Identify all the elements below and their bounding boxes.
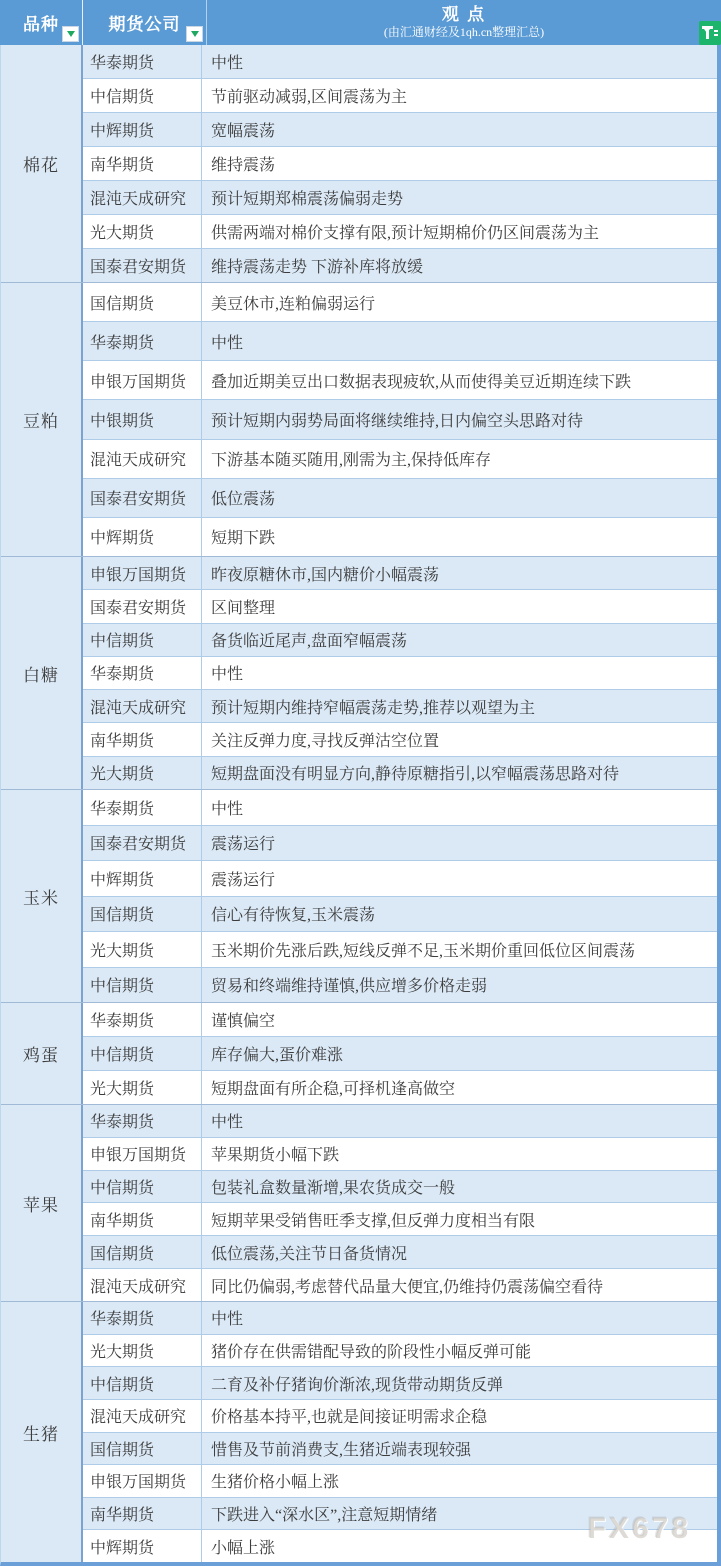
table-row: 混沌天成研究 同比仍偏弱,考虑替代品量大便宜,仍维持仍震荡偏空看待 bbox=[83, 1269, 717, 1301]
section-rows: 国信期货 美豆休市,连粕偏弱运行 华泰期货 中性 申银万国期货 叠加近期美豆出口… bbox=[83, 283, 717, 556]
table-row: 中辉期货 宽幅震荡 bbox=[83, 113, 717, 147]
view-cell: 叠加近期美豆出口数据表现疲软,从而使得美豆近期连续下跌 bbox=[202, 361, 717, 399]
company-cell: 华泰期货 bbox=[83, 45, 202, 78]
table-row: 国泰君安期货 震荡运行 bbox=[83, 826, 717, 862]
section-rows: 申银万国期货 昨夜原糖休市,国内糖价小幅震荡 国泰君安期货 区间整理 中信期货 … bbox=[83, 557, 717, 789]
table-row: 华泰期货 中性 bbox=[83, 1302, 717, 1335]
view-cell: 预计短期内弱势局面将继续维持,日内偏空头思路对待 bbox=[202, 400, 717, 438]
table-row: 光大期货 玉米期价先涨后跌,短线反弹不足,玉米期价重回低位区间震荡 bbox=[83, 932, 717, 968]
table-row: 南华期货 短期苹果受销售旺季支撑,但反弹力度相当有限 bbox=[83, 1203, 717, 1236]
company-cell: 国信期货 bbox=[83, 897, 202, 932]
company-cell: 华泰期货 bbox=[83, 1003, 202, 1036]
table-row: 华泰期货 中性 bbox=[83, 657, 717, 690]
table-row: 申银万国期货 昨夜原糖休市,国内糖价小幅震荡 bbox=[83, 557, 717, 590]
table-row: 国信期货 惜售及节前消费支,生猪近端表现较强 bbox=[83, 1433, 717, 1466]
table-header: 品种 期货公司 观 点 (由汇通财经及1qh.cn整理汇总) bbox=[0, 0, 721, 45]
view-cell: 短期盘面没有明显方向,静待原糖指引,以窄幅震荡思路对待 bbox=[202, 757, 717, 789]
table-row: 中信期货 库存偏大,蛋价难涨 bbox=[83, 1037, 717, 1071]
variety-label: 豆粕 bbox=[23, 407, 59, 432]
view-cell: 二育及补仔猪询价渐浓,现货带动期货反弹 bbox=[202, 1367, 717, 1399]
view-cell: 苹果期货小幅下跌 bbox=[202, 1138, 717, 1170]
table-row: 混沌天成研究 预计短期内维持窄幅震荡走势,推荐以观望为主 bbox=[83, 690, 717, 723]
table-row: 光大期货 猪价存在供需错配导致的阶段性小幅反弹可能 bbox=[83, 1335, 717, 1368]
company-cell: 中信期货 bbox=[83, 1171, 202, 1203]
company-cell: 国泰君安期货 bbox=[83, 249, 202, 282]
view-cell: 中性 bbox=[202, 45, 717, 78]
table-row: 光大期货 短期盘面有所企稳,可择机逢高做空 bbox=[83, 1071, 717, 1104]
company-cell: 华泰期货 bbox=[83, 1302, 202, 1334]
view-cell: 中性 bbox=[202, 1105, 717, 1137]
variety-cell: 鸡蛋 bbox=[1, 1003, 83, 1104]
company-cell: 中信期货 bbox=[83, 1037, 202, 1070]
view-cell: 中性 bbox=[202, 322, 717, 360]
company-cell: 国信期货 bbox=[83, 1236, 202, 1268]
view-cell: 库存偏大,蛋价难涨 bbox=[202, 1037, 717, 1070]
view-cell: 区间整理 bbox=[202, 590, 717, 622]
table-row: 申银万国期货 苹果期货小幅下跌 bbox=[83, 1138, 717, 1171]
variety-filter-dropdown[interactable] bbox=[62, 26, 79, 42]
commodity-section: 玉米 华泰期货 中性 国泰君安期货 震荡运行 中辉期货 震荡运行 国信期货 信心… bbox=[1, 790, 717, 1003]
company-cell: 混沌天成研究 bbox=[83, 181, 202, 214]
table-body: 棉花 华泰期货 中性 中信期货 节前驱动减弱,区间震荡为主 中辉期货 宽幅震荡 … bbox=[0, 45, 721, 1566]
company-cell: 申银万国期货 bbox=[83, 1138, 202, 1170]
view-cell: 生猪价格小幅上涨 bbox=[202, 1465, 717, 1497]
table-row: 混沌天成研究 价格基本持平,也就是间接证明需求企稳 bbox=[83, 1400, 717, 1433]
company-cell: 混沌天成研究 bbox=[83, 1400, 202, 1432]
table-row: 南华期货 维持震荡 bbox=[83, 147, 717, 181]
company-cell: 国泰君安期货 bbox=[83, 590, 202, 622]
view-cell: 维持震荡走势 下游补库将放缓 bbox=[202, 249, 717, 282]
company-cell: 申银万国期货 bbox=[83, 361, 202, 399]
table-row: 南华期货 下跌进入“深水区”,注意短期情绪 bbox=[83, 1498, 717, 1531]
company-cell: 申银万国期货 bbox=[83, 557, 202, 589]
chevron-down-icon bbox=[67, 31, 75, 37]
company-cell: 中信期货 bbox=[83, 79, 202, 112]
futures-views-table: 品种 期货公司 观 点 (由汇通财经及1qh.cn整理汇总) 棉花 bbox=[0, 0, 721, 1566]
section-rows: 华泰期货 中性 国泰君安期货 震荡运行 中辉期货 震荡运行 国信期货 信心有待恢… bbox=[83, 790, 717, 1002]
view-cell: 同比仍偏弱,考虑替代品量大便宜,仍维持仍震荡偏空看待 bbox=[202, 1269, 717, 1301]
table-row: 华泰期货 谨慎偏空 bbox=[83, 1003, 717, 1037]
table-row: 中信期货 备货临近尾声,盘面窄幅震荡 bbox=[83, 624, 717, 657]
company-cell: 华泰期货 bbox=[83, 1105, 202, 1137]
variety-label: 白糖 bbox=[23, 661, 59, 686]
table-row: 国信期货 信心有待恢复,玉米震荡 bbox=[83, 897, 717, 933]
company-cell: 光大期货 bbox=[83, 757, 202, 789]
view-cell: 宽幅震荡 bbox=[202, 113, 717, 146]
variety-cell: 白糖 bbox=[1, 557, 83, 789]
company-cell: 光大期货 bbox=[83, 1071, 202, 1104]
company-header-cell: 期货公司 bbox=[83, 0, 207, 45]
view-cell: 备货临近尾声,盘面窄幅震荡 bbox=[202, 624, 717, 656]
view-cell: 短期盘面有所企稳,可择机逢高做空 bbox=[202, 1071, 717, 1104]
company-cell: 光大期货 bbox=[83, 932, 202, 967]
filter-button[interactable] bbox=[699, 21, 721, 45]
variety-header-label: 品种 bbox=[23, 10, 59, 35]
table-row: 混沌天成研究 下游基本随买随用,刚需为主,保持低库存 bbox=[83, 440, 717, 479]
view-cell: 中性 bbox=[202, 1302, 717, 1334]
section-rows: 华泰期货 谨慎偏空 中信期货 库存偏大,蛋价难涨 光大期货 短期盘面有所企稳,可… bbox=[83, 1003, 717, 1104]
table-row: 国信期货 美豆休市,连粕偏弱运行 bbox=[83, 283, 717, 322]
table-row: 国信期货 低位震荡,关注节日备货情况 bbox=[83, 1236, 717, 1269]
company-cell: 中信期货 bbox=[83, 968, 202, 1003]
table-row: 中信期货 节前驱动减弱,区间震荡为主 bbox=[83, 79, 717, 113]
company-cell: 中银期货 bbox=[83, 400, 202, 438]
table-row: 国泰君安期货 维持震荡走势 下游补库将放缓 bbox=[83, 249, 717, 282]
view-cell: 维持震荡 bbox=[202, 147, 717, 180]
variety-cell: 生猪 bbox=[1, 1302, 83, 1562]
variety-label: 苹果 bbox=[23, 1191, 59, 1216]
view-cell: 贸易和终端维持谨慎,供应增多价格走弱 bbox=[202, 968, 717, 1003]
chevron-down-icon bbox=[191, 31, 199, 37]
variety-header-cell: 品种 bbox=[0, 0, 83, 45]
view-cell: 下跌进入“深水区”,注意短期情绪 bbox=[202, 1498, 717, 1530]
company-cell: 华泰期货 bbox=[83, 790, 202, 825]
view-cell: 低位震荡 bbox=[202, 479, 717, 517]
company-cell: 南华期货 bbox=[83, 1203, 202, 1235]
company-cell: 国泰君安期货 bbox=[83, 479, 202, 517]
table-row: 中银期货 预计短期内弱势局面将继续维持,日内偏空头思路对待 bbox=[83, 400, 717, 439]
view-cell: 猪价存在供需错配导致的阶段性小幅反弹可能 bbox=[202, 1335, 717, 1367]
table-row: 混沌天成研究 预计短期郑棉震荡偏弱走势 bbox=[83, 181, 717, 215]
view-cell: 玉米期价先涨后跌,短线反弹不足,玉米期价重回低位区间震荡 bbox=[202, 932, 717, 967]
view-cell: 供需两端对棉价支撑有限,预计短期棉价仍区间震荡为主 bbox=[202, 215, 717, 248]
view-cell: 预计短期内维持窄幅震荡走势,推荐以观望为主 bbox=[202, 690, 717, 722]
views-header-subtitle: (由汇通财经及1qh.cn整理汇总) bbox=[384, 26, 544, 40]
view-cell: 震荡运行 bbox=[202, 861, 717, 896]
variety-label: 生猪 bbox=[23, 1420, 59, 1445]
company-cell: 华泰期货 bbox=[83, 657, 202, 689]
company-cell: 中辉期货 bbox=[83, 518, 202, 556]
company-cell: 国信期货 bbox=[83, 1433, 202, 1465]
section-rows: 华泰期货 中性 光大期货 猪价存在供需错配导致的阶段性小幅反弹可能 中信期货 二… bbox=[83, 1302, 717, 1562]
commodity-section: 苹果 华泰期货 中性 申银万国期货 苹果期货小幅下跌 中信期货 包装礼盒数量渐增… bbox=[1, 1105, 717, 1302]
view-cell: 谨慎偏空 bbox=[202, 1003, 717, 1036]
view-cell: 信心有待恢复,玉米震荡 bbox=[202, 897, 717, 932]
commodity-section: 鸡蛋 华泰期货 谨慎偏空 中信期货 库存偏大,蛋价难涨 光大期货 短期盘面有所企… bbox=[1, 1003, 717, 1105]
commodity-section: 白糖 申银万国期货 昨夜原糖休市,国内糖价小幅震荡 国泰君安期货 区间整理 中信… bbox=[1, 557, 717, 790]
table-row: 申银万国期货 生猪价格小幅上涨 bbox=[83, 1465, 717, 1498]
company-filter-dropdown[interactable] bbox=[186, 26, 203, 42]
table-row: 国泰君安期货 区间整理 bbox=[83, 590, 717, 623]
view-cell: 昨夜原糖休市,国内糖价小幅震荡 bbox=[202, 557, 717, 589]
table-row: 中辉期货 震荡运行 bbox=[83, 861, 717, 897]
table-row: 华泰期货 中性 bbox=[83, 45, 717, 79]
commodity-section: 豆粕 国信期货 美豆休市,连粕偏弱运行 华泰期货 中性 申银万国期货 叠加近期美… bbox=[1, 283, 717, 557]
views-header-cell: 观 点 (由汇通财经及1qh.cn整理汇总) bbox=[207, 0, 721, 45]
company-cell: 混沌天成研究 bbox=[83, 1269, 202, 1301]
view-cell: 小幅上涨 bbox=[202, 1530, 717, 1562]
table-row: 华泰期货 中性 bbox=[83, 790, 717, 826]
table-row: 国泰君安期货 低位震荡 bbox=[83, 479, 717, 518]
table-row: 南华期货 关注反弹力度,寻找反弹沽空位置 bbox=[83, 723, 717, 756]
company-cell: 国信期货 bbox=[83, 283, 202, 321]
table-row: 中辉期货 短期下跌 bbox=[83, 518, 717, 556]
company-cell: 混沌天成研究 bbox=[83, 440, 202, 478]
company-cell: 中辉期货 bbox=[83, 1530, 202, 1562]
view-cell: 预计短期郑棉震荡偏弱走势 bbox=[202, 181, 717, 214]
company-cell: 光大期货 bbox=[83, 215, 202, 248]
section-rows: 华泰期货 中性 中信期货 节前驱动减弱,区间震荡为主 中辉期货 宽幅震荡 南华期… bbox=[83, 45, 717, 282]
view-cell: 短期下跌 bbox=[202, 518, 717, 556]
company-cell: 中信期货 bbox=[83, 1367, 202, 1399]
view-cell: 惜售及节前消费支,生猪近端表现较强 bbox=[202, 1433, 717, 1465]
variety-label: 鸡蛋 bbox=[23, 1041, 59, 1066]
funnel-icon bbox=[702, 26, 718, 40]
commodity-section: 生猪 华泰期货 中性 光大期货 猪价存在供需错配导致的阶段性小幅反弹可能 中信期… bbox=[1, 1302, 717, 1562]
company-cell: 光大期货 bbox=[83, 1335, 202, 1367]
section-rows: 华泰期货 中性 申银万国期货 苹果期货小幅下跌 中信期货 包装礼盒数量渐增,果农… bbox=[83, 1105, 717, 1301]
variety-label: 玉米 bbox=[23, 884, 59, 909]
company-cell: 中辉期货 bbox=[83, 861, 202, 896]
view-cell: 美豆休市,连粕偏弱运行 bbox=[202, 283, 717, 321]
views-header-label: 观 点 bbox=[442, 5, 486, 25]
variety-label: 棉花 bbox=[23, 151, 59, 176]
table-row: 中信期货 二育及补仔猪询价渐浓,现货带动期货反弹 bbox=[83, 1367, 717, 1400]
company-cell: 中辉期货 bbox=[83, 113, 202, 146]
view-cell: 中性 bbox=[202, 790, 717, 825]
company-cell: 申银万国期货 bbox=[83, 1465, 202, 1497]
variety-cell: 玉米 bbox=[1, 790, 83, 1002]
view-cell: 包装礼盒数量渐增,果农货成交一般 bbox=[202, 1171, 717, 1203]
company-cell: 南华期货 bbox=[83, 147, 202, 180]
variety-cell: 苹果 bbox=[1, 1105, 83, 1301]
table-row: 华泰期货 中性 bbox=[83, 1105, 717, 1138]
view-cell: 中性 bbox=[202, 657, 717, 689]
view-cell: 关注反弹力度,寻找反弹沽空位置 bbox=[202, 723, 717, 755]
table-row: 申银万国期货 叠加近期美豆出口数据表现疲软,从而使得美豆近期连续下跌 bbox=[83, 361, 717, 400]
view-cell: 节前驱动减弱,区间震荡为主 bbox=[202, 79, 717, 112]
table-row: 光大期货 短期盘面没有明显方向,静待原糖指引,以窄幅震荡思路对待 bbox=[83, 757, 717, 789]
view-cell: 低位震荡,关注节日备货情况 bbox=[202, 1236, 717, 1268]
table-row: 中信期货 包装礼盒数量渐增,果农货成交一般 bbox=[83, 1171, 717, 1204]
company-cell: 南华期货 bbox=[83, 1498, 202, 1530]
view-cell: 下游基本随买随用,刚需为主,保持低库存 bbox=[202, 440, 717, 478]
variety-cell: 豆粕 bbox=[1, 283, 83, 556]
variety-cell: 棉花 bbox=[1, 45, 83, 282]
company-cell: 混沌天成研究 bbox=[83, 690, 202, 722]
company-cell: 国泰君安期货 bbox=[83, 826, 202, 861]
view-cell: 震荡运行 bbox=[202, 826, 717, 861]
view-cell: 短期苹果受销售旺季支撑,但反弹力度相当有限 bbox=[202, 1203, 717, 1235]
commodity-section: 棉花 华泰期货 中性 中信期货 节前驱动减弱,区间震荡为主 中辉期货 宽幅震荡 … bbox=[1, 45, 717, 283]
table-row: 光大期货 供需两端对棉价支撑有限,预计短期棉价仍区间震荡为主 bbox=[83, 215, 717, 249]
company-cell: 中信期货 bbox=[83, 624, 202, 656]
view-cell: 价格基本持平,也就是间接证明需求企稳 bbox=[202, 1400, 717, 1432]
company-cell: 南华期货 bbox=[83, 723, 202, 755]
company-header-label: 期货公司 bbox=[109, 10, 181, 35]
table-row: 华泰期货 中性 bbox=[83, 322, 717, 361]
company-cell: 华泰期货 bbox=[83, 322, 202, 360]
table-row: 中辉期货 小幅上涨 bbox=[83, 1530, 717, 1562]
table-row: 中信期货 贸易和终端维持谨慎,供应增多价格走弱 bbox=[83, 968, 717, 1003]
